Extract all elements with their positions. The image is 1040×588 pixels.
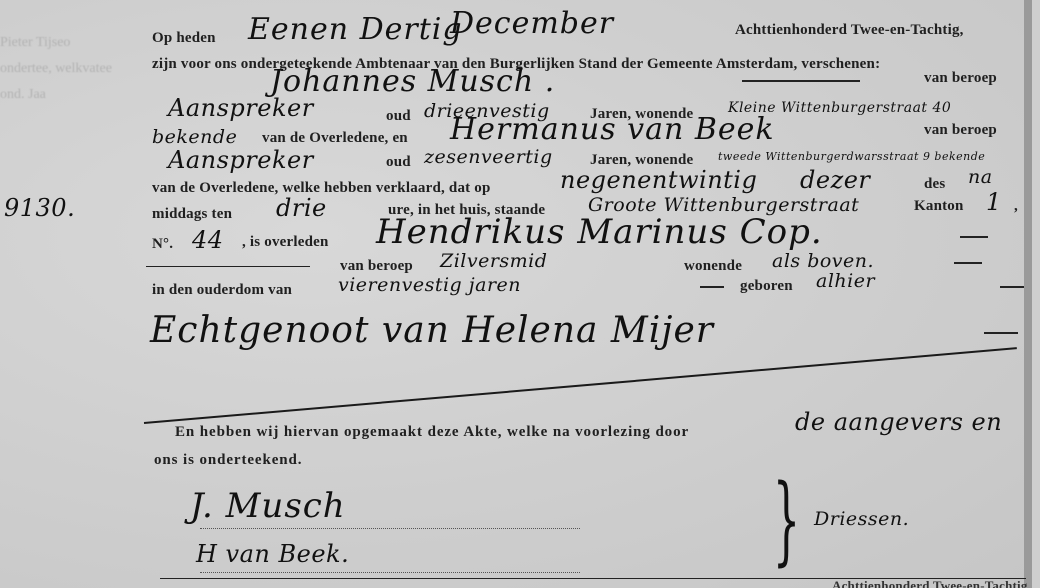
signature-brace: } (773, 472, 800, 568)
signature-line-1 (200, 528, 580, 529)
printed-year: Achttienhonderd Twee-en-Tachtig, (735, 22, 964, 39)
hw-deceased-name: Hendrikus Marinus Cop. (376, 212, 823, 252)
printed-des: des (924, 176, 945, 193)
printed-kanton: Kanton (914, 198, 964, 215)
filler-dash (700, 286, 724, 288)
margin-record-number: 9130. (4, 194, 75, 222)
page-edge (1024, 0, 1032, 588)
printed-ouderdom: in den ouderdom van (152, 282, 292, 299)
hw-house-number: 44 (192, 226, 224, 254)
next-record-fragment: Achttienhonderd Twee-en-Tachtig (832, 578, 1028, 588)
filler-rule (146, 266, 310, 267)
filler-dash (742, 80, 860, 82)
signature-informant-2: H van Beek. (196, 540, 349, 568)
filler-dash (960, 236, 988, 238)
printed-closing-1: En hebben wij hiervan opgemaakt deze Akt… (175, 424, 689, 441)
printed-geboren: geboren (740, 278, 793, 295)
hw-informant-1-occupation: Aanspreker (168, 94, 314, 122)
hw-informant-2-address: tweede Wittenburgerdwarsstraat 9 bekende (718, 150, 985, 163)
hw-death-hour: drie (276, 194, 327, 222)
hw-month: December (450, 6, 614, 41)
printed-op-heden: Op heden (152, 30, 216, 47)
hw-na: na (968, 166, 993, 188)
filler-dash (984, 332, 1018, 334)
signature-informant-1: J. Musch (190, 486, 346, 526)
printed-comma: , (1014, 198, 1018, 215)
signature-line-2 (200, 572, 580, 573)
printed-van-beroep-2: van beroep (924, 122, 997, 139)
hw-day: Eenen Dertig (248, 12, 463, 47)
hw-informant-2-age: zesenveertig (424, 146, 553, 168)
hw-kanton-number: 1 (986, 188, 1002, 216)
hw-deceased-age: vierenvestig jaren (338, 274, 521, 296)
hw-dezer: dezer (800, 166, 870, 194)
filler-dash (1000, 286, 1024, 288)
filler-dash (954, 262, 982, 264)
printed-oud-1: oud (386, 108, 411, 125)
hw-birthplace: alhier (816, 270, 875, 292)
printed-van-beroep-3: van beroep (340, 258, 413, 275)
hw-deceased-residence: als boven. (772, 250, 874, 272)
hw-read-to: de aangevers en (795, 408, 1002, 436)
signature-official: Driessen. (814, 508, 909, 530)
hw-death-day: negenentwintig (560, 166, 757, 194)
hw-informant-2-name: Hermanus van Beek (450, 112, 775, 147)
hw-deceased-occupation: Zilversmid (440, 250, 547, 272)
printed-middags-ten: middags ten (152, 206, 232, 223)
printed-no: N°. (152, 236, 173, 253)
printed-is-overleden: , is overleden (242, 234, 329, 251)
printed-van-de-overledene-en: van de Overledene, en (262, 130, 408, 147)
hw-informant-1-relation: bekende (152, 126, 237, 148)
hw-informant-2-occupation: Aanspreker (168, 146, 314, 174)
printed-van-beroep-1: van beroep (924, 70, 997, 87)
hw-spouse: Echtgenoot van Helena Mijer (150, 310, 714, 351)
printed-oud-2: oud (386, 154, 411, 171)
printed-wonende-3: wonende (684, 258, 742, 275)
death-record-page: Pieter Tijseo ondertee, welkvatee ond. J… (0, 0, 1032, 588)
printed-closing-2: ons is onderteekend. (154, 452, 302, 469)
